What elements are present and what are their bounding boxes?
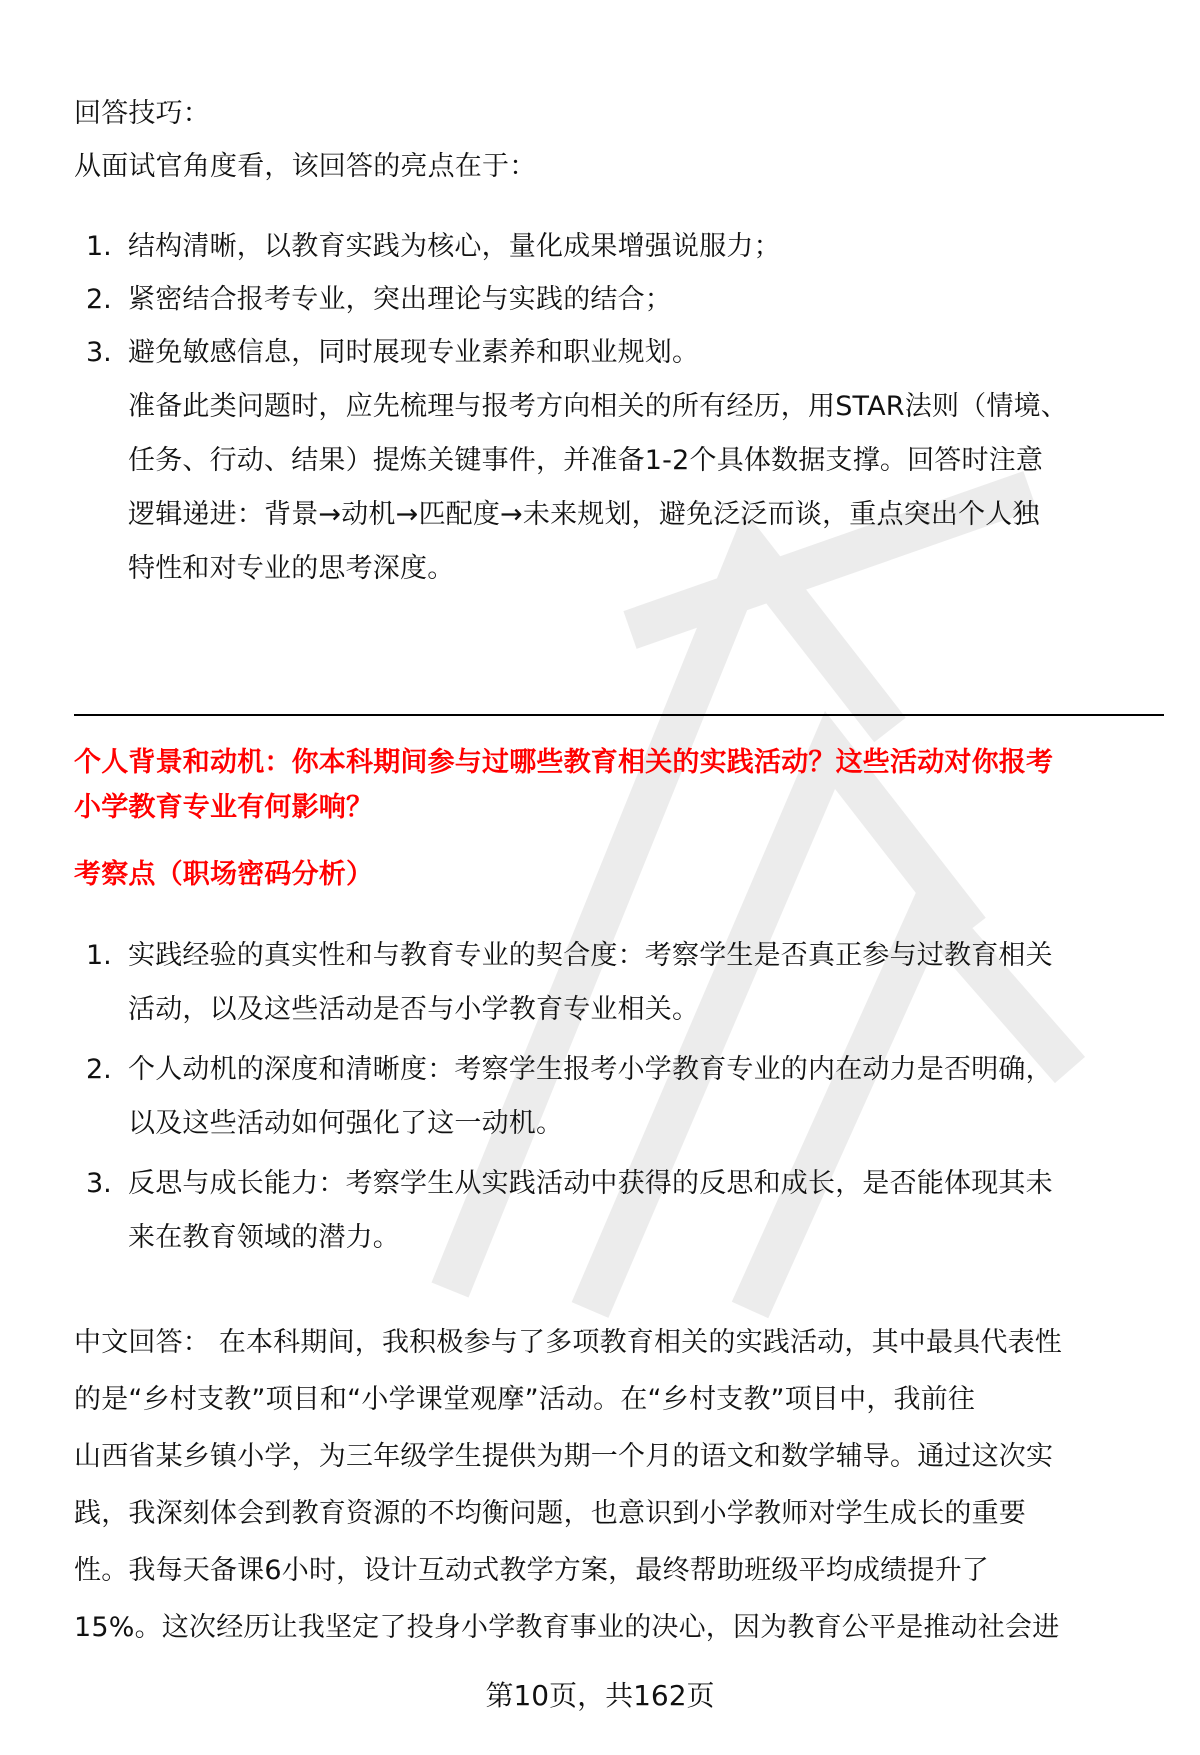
advice-paragraph-line: 特性和对专业的思考深度。 [128, 551, 454, 587]
list-item-line: 活动，以及这些活动是否与小学教育专业相关。 [128, 992, 699, 1028]
page-number-footer: 第10页，共162页 [0, 1678, 1200, 1714]
advice-paragraph-line: 任务、行动、结果）提炼关键事件，并准备1-2个具体数据支撑。回答时注意 [128, 443, 1043, 479]
list-number: 2. [86, 282, 112, 318]
list-item: 避免敏感信息，同时展现专业素养和职业规划。 [128, 335, 699, 371]
list-number: 3. [86, 335, 112, 371]
advice-paragraph-line: 准备此类问题时，应先梳理与报考方向相关的所有经历，用STAR法则（情境、 [128, 389, 1068, 425]
chinese-answer-line: 山西省某乡镇小学，为三年级学生提供为期一个月的语文和数学辅导。通过这次实 [74, 1439, 1053, 1475]
list-item-line: 以及这些活动如何强化了这一动机。 [128, 1106, 563, 1142]
list-item-line: 个人动机的深度和清晰度：考察学生报考小学教育专业的内在动力是否明确， [128, 1052, 1053, 1088]
list-number: 3. [86, 1166, 112, 1202]
question-heading-line: 小学教育专业有何影响？ [74, 790, 373, 826]
document-page: 回答技巧： 从面试官角度看，该回答的亮点在于： 1. 结构清晰，以教育实践为核心… [0, 0, 1200, 1755]
list-item-line: 来在教育领域的潜力。 [128, 1220, 400, 1256]
advice-paragraph-line: 逻辑递进：背景→动机→匹配度→未来规划，避免泛泛而谈，重点突出个人独 [128, 497, 1040, 533]
chinese-answer-line: 的是“乡村支教”项目和“小学课堂观摩”活动。在“乡村支教”项目中，我前往 [74, 1382, 975, 1418]
list-number: 2. [86, 1052, 112, 1088]
list-item: 结构清晰，以教育实践为核心，量化成果增强说服力； [128, 229, 781, 265]
chinese-answer-line: 践，我深刻体会到教育资源的不均衡问题，也意识到小学教师对学生成长的重要 [74, 1496, 1026, 1532]
list-item-line: 实践经验的真实性和与教育专业的契合度：考察学生是否真正参与过教育相关 [128, 938, 1053, 974]
list-number: 1. [86, 229, 112, 265]
interviewer-view-intro: 从面试官角度看，该回答的亮点在于： [74, 149, 536, 185]
section-divider [74, 714, 1164, 716]
analysis-heading: 考察点（职场密码分析） [74, 857, 373, 893]
question-heading-line: 个人背景和动机：你本科期间参与过哪些教育相关的实践活动？这些活动对你报考 [74, 745, 1053, 781]
list-item-line: 反思与成长能力：考察学生从实践活动中获得的反思和成长，是否能体现其未 [128, 1166, 1053, 1202]
list-item: 紧密结合报考专业，突出理论与实践的结合； [128, 282, 672, 318]
chinese-answer-line: 中文回答： 在本科期间，我积极参与了多项教育相关的实践活动，其中最具代表性 [74, 1325, 1062, 1361]
chinese-answer-line: 15%。这次经历让我坚定了投身小学教育事业的决心，因为教育公平是推动社会进 [74, 1610, 1059, 1646]
chinese-answer-line: 性。我每天备课6小时，设计互动式教学方案，最终帮助班级平均成绩提升了 [74, 1553, 989, 1589]
answer-tips-heading: 回答技巧： [74, 96, 210, 132]
list-number: 1. [86, 938, 112, 974]
